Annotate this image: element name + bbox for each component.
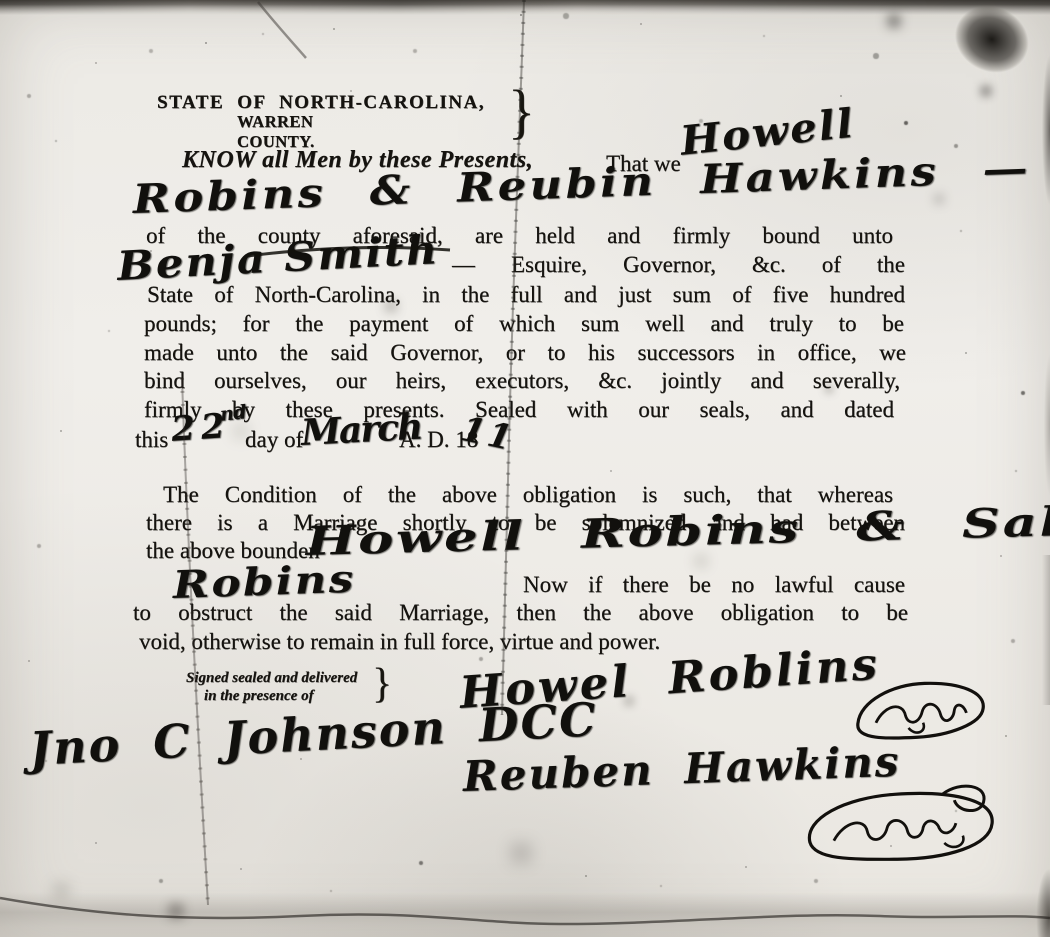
printed-line-sum3: made unto the said Governor, or to his s…	[144, 340, 906, 365]
header-state-line: STATE OF NORTH-CAROLINA,	[157, 92, 485, 114]
printed-line-sum4: bind ourselves, our heirs, executors, &c…	[144, 368, 900, 393]
printed-line-esquire: — Esquire, Governor, &c. of the	[452, 252, 905, 277]
scan-bottom-edge-stain	[0, 892, 1050, 937]
date-day-of-text: day of	[245, 427, 303, 452]
condition-line6: void, otherwise to remain in full force,…	[139, 629, 660, 654]
handwritten-day-suffix: nd	[219, 401, 247, 426]
printed-line-sum2: pounds; for the payment of which sum wel…	[144, 311, 904, 336]
scan-top-edge-stain	[0, 0, 1050, 15]
scanned-marriage-bond-document: STATE OF NORTH-CAROLINA, WARREN COUNTY. …	[0, 0, 1050, 937]
scan-right-edge-stain	[1042, 555, 1050, 705]
attestation-line2: in the presence of	[204, 688, 314, 705]
condition-line5: to obstruct the said Marriage, then the …	[133, 600, 908, 625]
seal-scribble-icon	[842, 668, 996, 753]
scan-corner-stain	[923, 0, 1042, 110]
paper-smudges	[0, 0, 2, 2]
scan-right-edge-stain	[1032, 50, 1050, 250]
printed-line-sealed: firmly by these presents. Sealed with ou…	[144, 397, 894, 422]
header-county-line: WARREN COUNTY.	[237, 112, 387, 152]
header-brace: }	[508, 82, 535, 142]
condition-line4: Now if there be no lawful cause	[523, 572, 905, 597]
attestation-brace: }	[372, 663, 392, 705]
attestation-line1: Signed sealed and delivered	[186, 670, 357, 687]
seal-scribble-icon	[792, 777, 1007, 875]
scan-right-edge-stain	[1038, 330, 1050, 520]
condition-line1: The Condition of the above obligation is…	[163, 482, 893, 507]
date-this-text: this	[135, 427, 168, 452]
printed-line-sum1: State of North-Carolina, in the full and…	[147, 282, 905, 307]
